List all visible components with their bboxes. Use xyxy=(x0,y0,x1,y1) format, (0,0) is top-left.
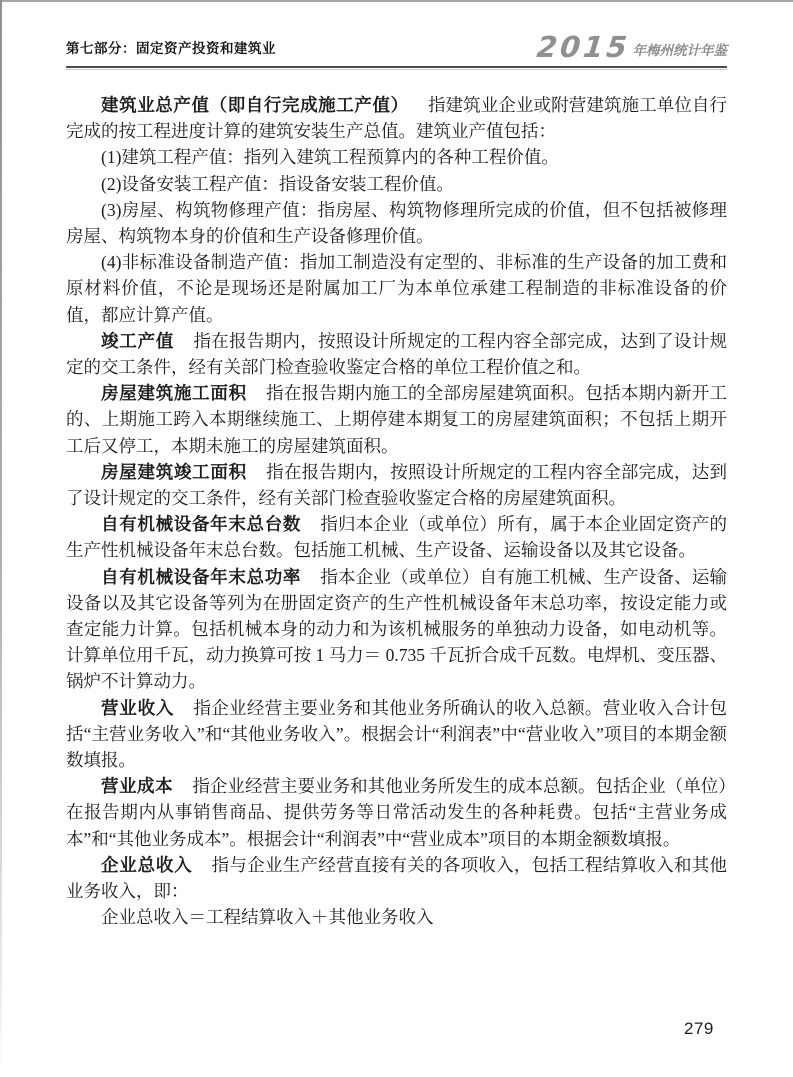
page-header: 第七部分：固定资产投资和建筑业 2015 年梅州统计年鉴 xyxy=(66,34,727,61)
scan-edge-top xyxy=(0,0,793,2)
paragraph: 房屋建筑竣工面积指在报告期内，按照设计所规定的工程内容全部完成，达到了设计规定的… xyxy=(66,459,727,511)
scan-edge-left xyxy=(0,0,2,1077)
paragraph-text: 企业总收入＝工程结算收入＋其他业务收入 xyxy=(101,907,434,927)
paragraph: 建筑业总产值（即自行完成施工产值）指建筑业企业或附营建筑施工单位自行完成的按工程… xyxy=(66,92,727,144)
term: 自有机械设备年末总功率 xyxy=(101,567,301,587)
header-yearbook-title: 年梅州统计年鉴 xyxy=(633,43,728,60)
term: 自有机械设备年末总台数 xyxy=(101,514,301,534)
page-number: 279 xyxy=(684,1019,714,1039)
yearbook-page: 第七部分：固定资产投资和建筑业 2015 年梅州统计年鉴 建筑业总产值（即自行完… xyxy=(0,0,793,1077)
paragraph: 自有机械设备年末总台数指归本企业（或单位）所有，属于本企业固定资产的生产性机械设… xyxy=(66,511,727,563)
term: 房屋建筑施工面积 xyxy=(101,383,247,403)
term: 房屋建筑竣工面积 xyxy=(101,462,247,482)
paragraph: (3)房屋、构筑物修理产值：指房屋、构筑物修理所完成的价值，但不包括被修理房屋、… xyxy=(66,197,727,249)
header-rule-light xyxy=(66,69,727,70)
term: 营业成本 xyxy=(101,776,173,796)
paragraph: 营业收入指企业经营主要业务和其他业务所确认的收入总额。营业收入合计包括“主营业务… xyxy=(66,695,727,774)
paragraph-text: (1)建筑工程产值：指列入建筑工程预算内的各种工程价值。 xyxy=(101,147,559,167)
paragraph-text: (3)房屋、构筑物修理产值：指房屋、构筑物修理所完成的价值，但不包括被修理房屋、… xyxy=(66,200,727,246)
term: 建筑业总产值（即自行完成施工产值） xyxy=(101,95,409,115)
term: 企业总收入 xyxy=(101,855,192,875)
term: 营业收入 xyxy=(101,698,174,718)
header-year: 2015 xyxy=(535,34,630,60)
paragraph-text: (2)设备安装工程产值：指设备安装工程价值。 xyxy=(101,174,454,194)
paragraph: 企业总收入指与企业生产经营直接有关的各项收入，包括工程结算收入和其他业务收入，即… xyxy=(66,852,727,904)
paragraph: (2)设备安装工程产值：指设备安装工程价值。 xyxy=(66,171,727,197)
paragraph-text: (4)非标准设备制造产值：指加工制造没有定型的、非标准的生产设备的加工费和原材料… xyxy=(66,252,727,324)
term: 竣工产值 xyxy=(101,331,174,351)
paragraph: 企业总收入＝工程结算收入＋其他业务收入 xyxy=(66,904,727,930)
glossary-content: 建筑业总产值（即自行完成施工产值）指建筑业企业或附营建筑施工单位自行完成的按工程… xyxy=(66,92,727,931)
paragraph: (1)建筑工程产值：指列入建筑工程预算内的各种工程价值。 xyxy=(66,144,727,170)
paragraph: (4)非标准设备制造产值：指加工制造没有定型的、非标准的生产设备的加工费和原材料… xyxy=(66,249,727,328)
header-yearbook: 2015 年梅州统计年鉴 xyxy=(537,34,727,61)
paragraph: 自有机械设备年末总功率指本企业（或单位）自有施工机械、生产设备、运输设备以及其它… xyxy=(66,564,727,695)
paragraph: 营业成本指企业经营主要业务和其他业务所发生的成本总额。包括企业（单位）在报告期内… xyxy=(66,773,727,852)
paragraph: 房屋建筑施工面积指在报告期内施工的全部房屋建筑面积。包括本期内新开工的、上期施工… xyxy=(66,380,727,459)
paragraph: 竣工产值指在报告期内，按照设计所规定的工程内容全部完成，达到了设计规定的交工条件… xyxy=(66,328,727,380)
header-section-title: 第七部分：固定资产投资和建筑业 xyxy=(66,37,276,61)
header-rule-dark xyxy=(66,66,727,68)
